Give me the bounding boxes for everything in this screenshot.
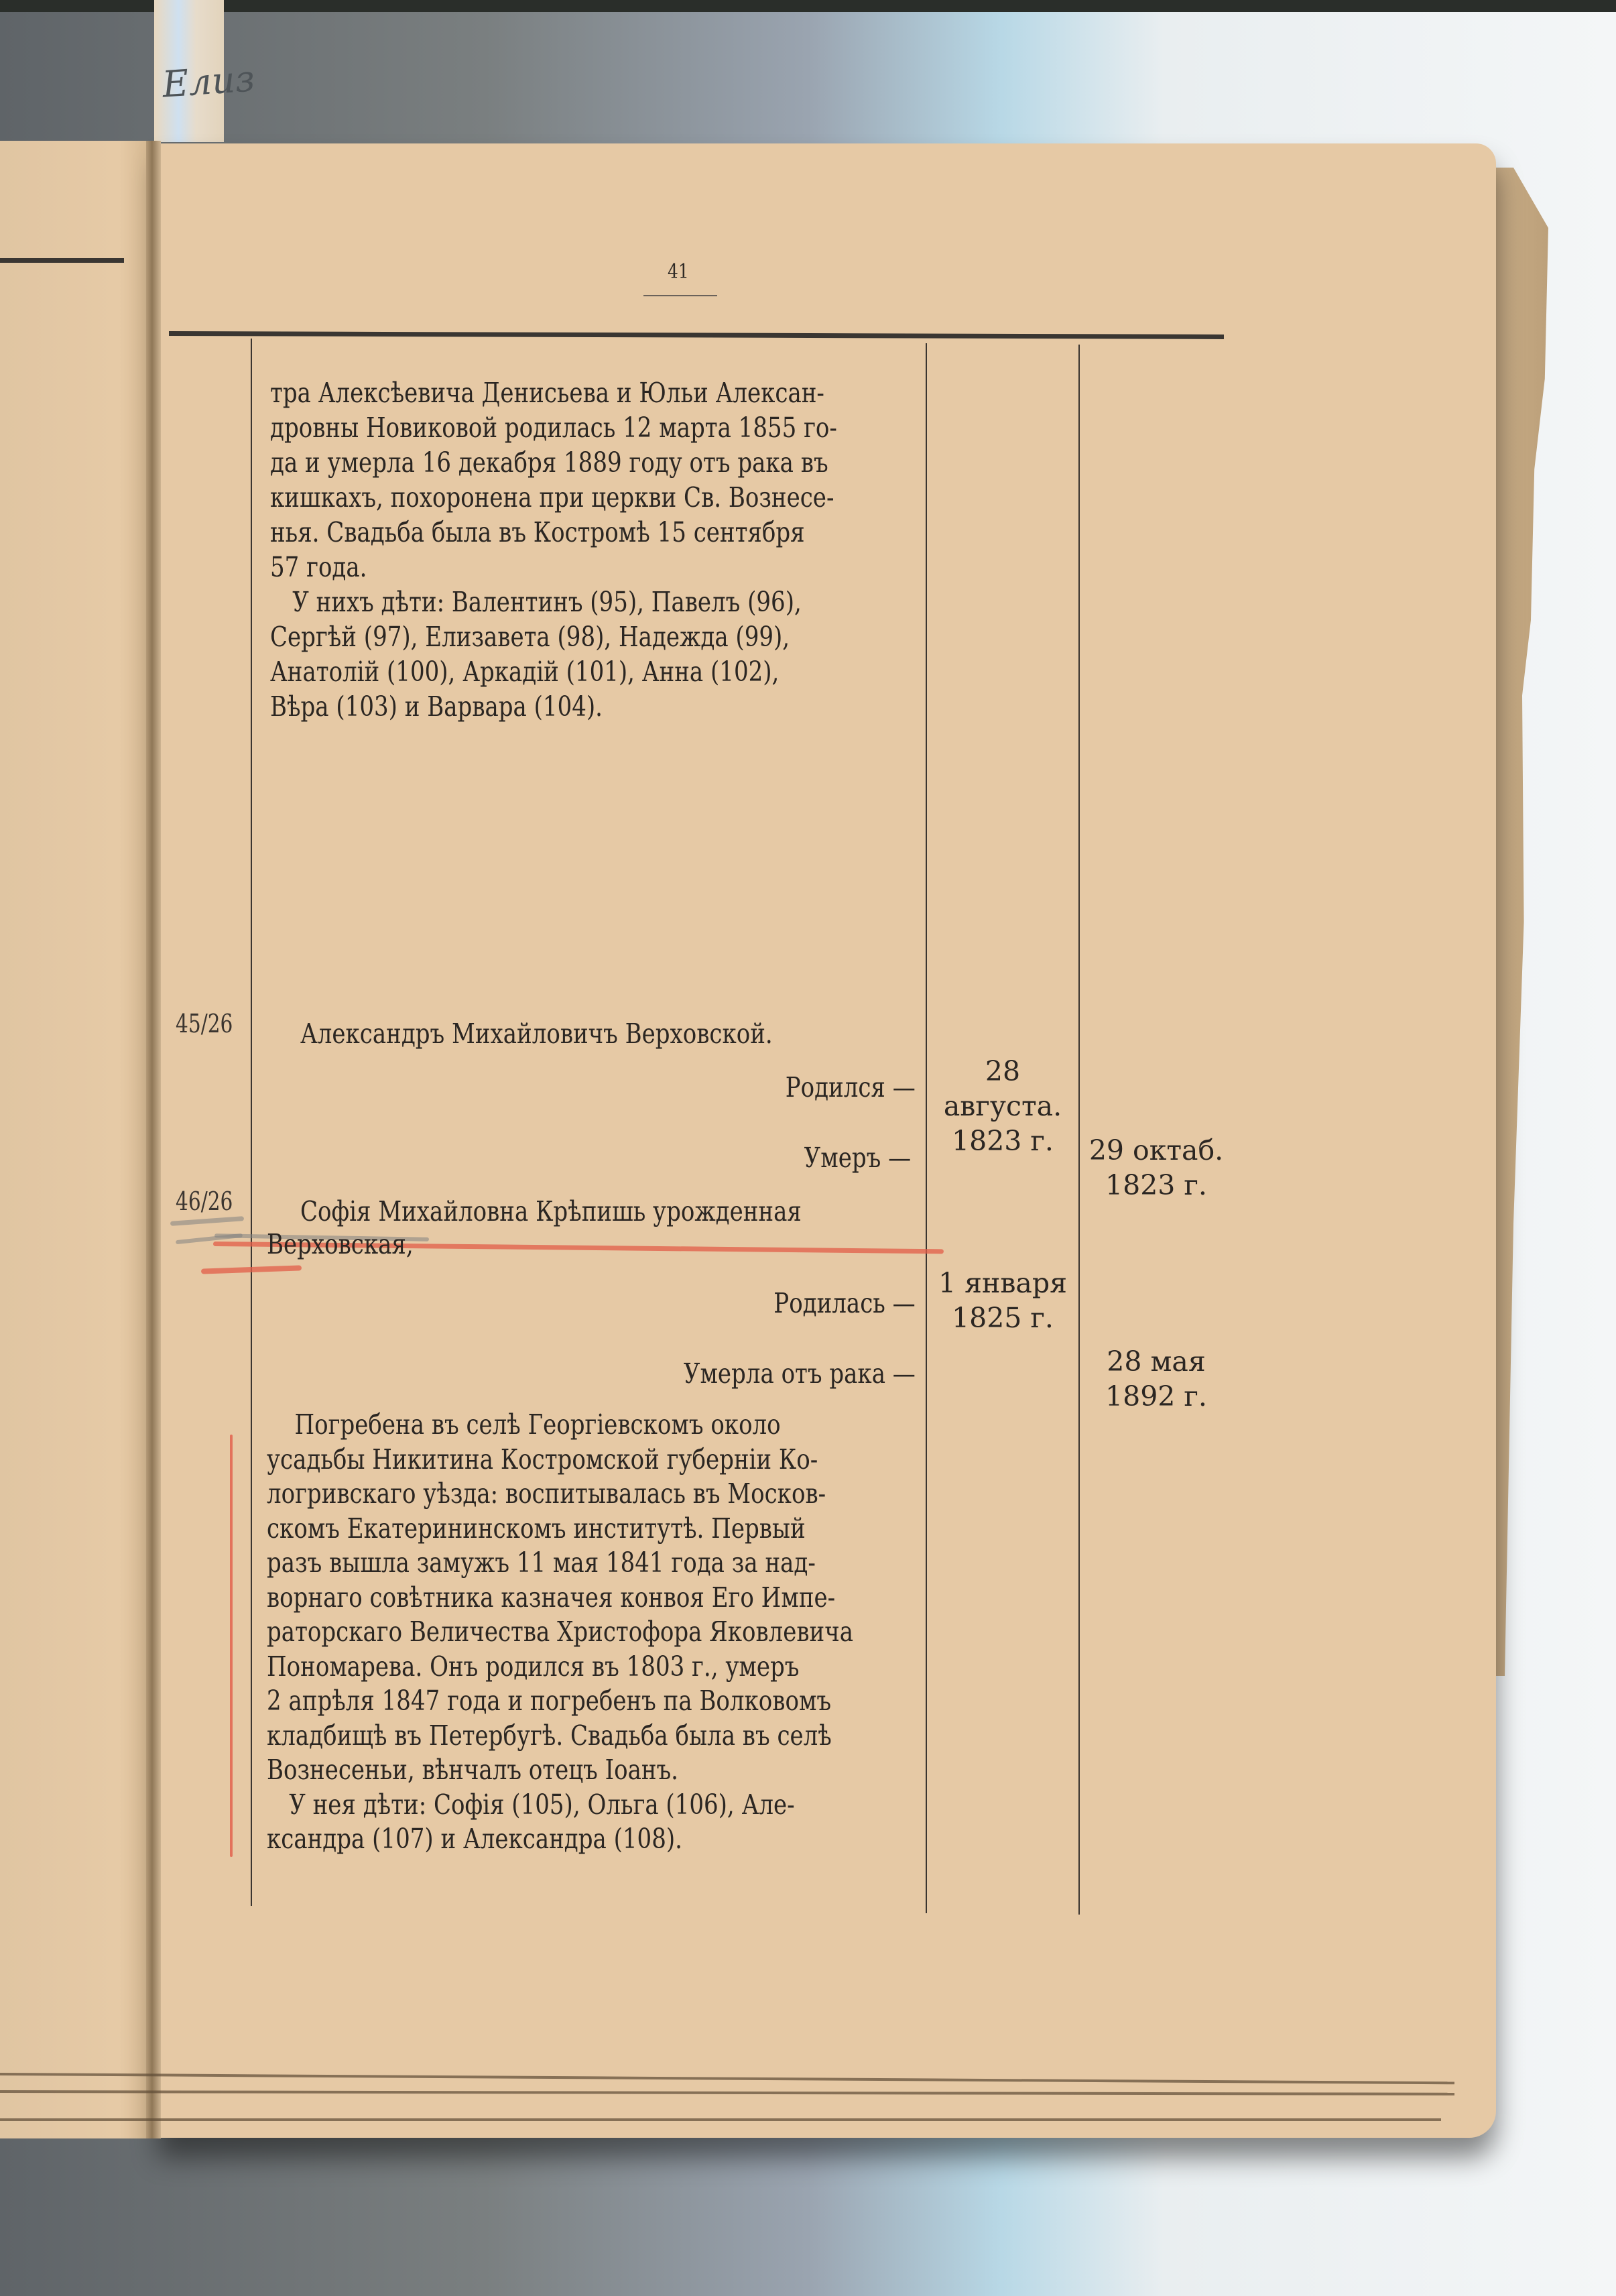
died-label: Умерла отъ рака — xyxy=(684,1357,916,1390)
note-line: Вознесеньи, вѣнчалъ отецъ Іоанъ. xyxy=(267,1753,862,1788)
children-line: Анатолій (100), Аркадій (101), Анна (102… xyxy=(270,654,865,689)
died-day: 28 мая xyxy=(1080,1344,1232,1379)
children-line: У нея дѣти: Софія (105), Ольга (106), Ал… xyxy=(267,1788,862,1823)
bookmark-handwriting: Eлиз xyxy=(161,57,256,105)
died-label: Умеръ — xyxy=(804,1142,911,1174)
text-line: 57 года. xyxy=(270,550,865,585)
children-line: Сергѣй (97), Елизавета (98), Надежда (99… xyxy=(270,619,865,654)
red-pencil-margin-line xyxy=(230,1435,233,1857)
left-page-edge xyxy=(0,141,149,2138)
entry-notes: Погребена въ селѣ Георгіевскомъ около ус… xyxy=(267,1408,984,1857)
note-line: раторскаго Величества Христофора Яковлев… xyxy=(267,1615,862,1650)
entry-name: Александръ Михайловичъ Верховской. xyxy=(300,1018,773,1050)
died-year: 1892 г. xyxy=(1080,1379,1232,1414)
book-gutter xyxy=(146,141,161,2138)
note-line: 2 апрѣля 1847 года и погребенъ па Волков… xyxy=(267,1684,862,1719)
entry-continuation: тра Алексѣевича Денисьева и Юльи Алексан… xyxy=(270,375,987,724)
note-line: кладбищѣ въ Петербугѣ. Свадьба была въ с… xyxy=(267,1719,862,1754)
note-line: Пономарева. Онъ родился въ 1803 г., умер… xyxy=(267,1650,862,1685)
left-page-rule xyxy=(0,258,124,263)
died-year: 1823 г. xyxy=(1080,1168,1232,1203)
page-tear-line xyxy=(0,2118,1441,2121)
entry-name-line1: Софія Михайловна Крѣпишь урожденная xyxy=(300,1195,802,1227)
entry-name-line2: Верховская, xyxy=(267,1228,414,1260)
children-line: Вѣра (103) и Варвара (104). xyxy=(270,689,865,724)
born-label: Родилась — xyxy=(774,1287,916,1319)
column-line-number xyxy=(251,339,252,1906)
text-line: кишкахъ, похоронена при церкви Св. Возне… xyxy=(270,480,865,515)
born-label: Родился — xyxy=(786,1071,916,1103)
note-line: скомъ Екатерининскомъ институтѣ. Первый xyxy=(267,1512,862,1547)
note-line: ворнаго совѣтника казначея конвоя Его Им… xyxy=(267,1581,862,1616)
note-line: логривскаго уѣзда: воспитывалась въ Моск… xyxy=(267,1477,862,1512)
born-year: 1823 г. xyxy=(928,1124,1077,1158)
died-day: 29 октаб. xyxy=(1080,1133,1232,1168)
died-date: 29 октаб. 1823 г. xyxy=(1080,1133,1232,1203)
page-number: 41 xyxy=(668,256,689,288)
died-date: 28 мая 1892 г. xyxy=(1080,1344,1232,1414)
note-line: усадьбы Никитина Костромской губерніи Ко… xyxy=(267,1443,862,1477)
born-day: 28 августа. xyxy=(928,1054,1077,1124)
entry-number: 45/26 xyxy=(176,1009,233,1038)
column-line-died xyxy=(1078,345,1080,1915)
page-number-underline xyxy=(643,295,717,296)
text-line: тра Алексѣевича Денисьева и Юльи Алексан… xyxy=(270,375,865,410)
text-line: нья. Свадьба была въ Костромѣ 15 сентябр… xyxy=(270,515,865,550)
note-line: разъ вышла замужъ 11 мая 1841 года за на… xyxy=(267,1546,862,1581)
text-line: да и умерла 16 декабря 1889 году отъ рак… xyxy=(270,445,865,480)
note-line: Погребена въ селѣ Георгіевскомъ около xyxy=(267,1408,862,1443)
born-date: 1 января 1825 г. xyxy=(928,1266,1077,1335)
scanner-lid-shadow xyxy=(0,0,1616,12)
born-date: 28 августа. 1823 г. xyxy=(928,1054,1077,1158)
text-line: дровны Новиковой родилась 12 марта 1855 … xyxy=(270,410,865,445)
children-line: У нихъ дѣти: Валентинъ (95), Павелъ (96)… xyxy=(270,585,865,619)
entry-number: 46/26 xyxy=(176,1187,233,1216)
born-year: 1825 г. xyxy=(928,1301,1077,1335)
born-day: 1 января xyxy=(928,1266,1077,1301)
children-line: ксандра (107) и Александра (108). xyxy=(267,1822,862,1857)
